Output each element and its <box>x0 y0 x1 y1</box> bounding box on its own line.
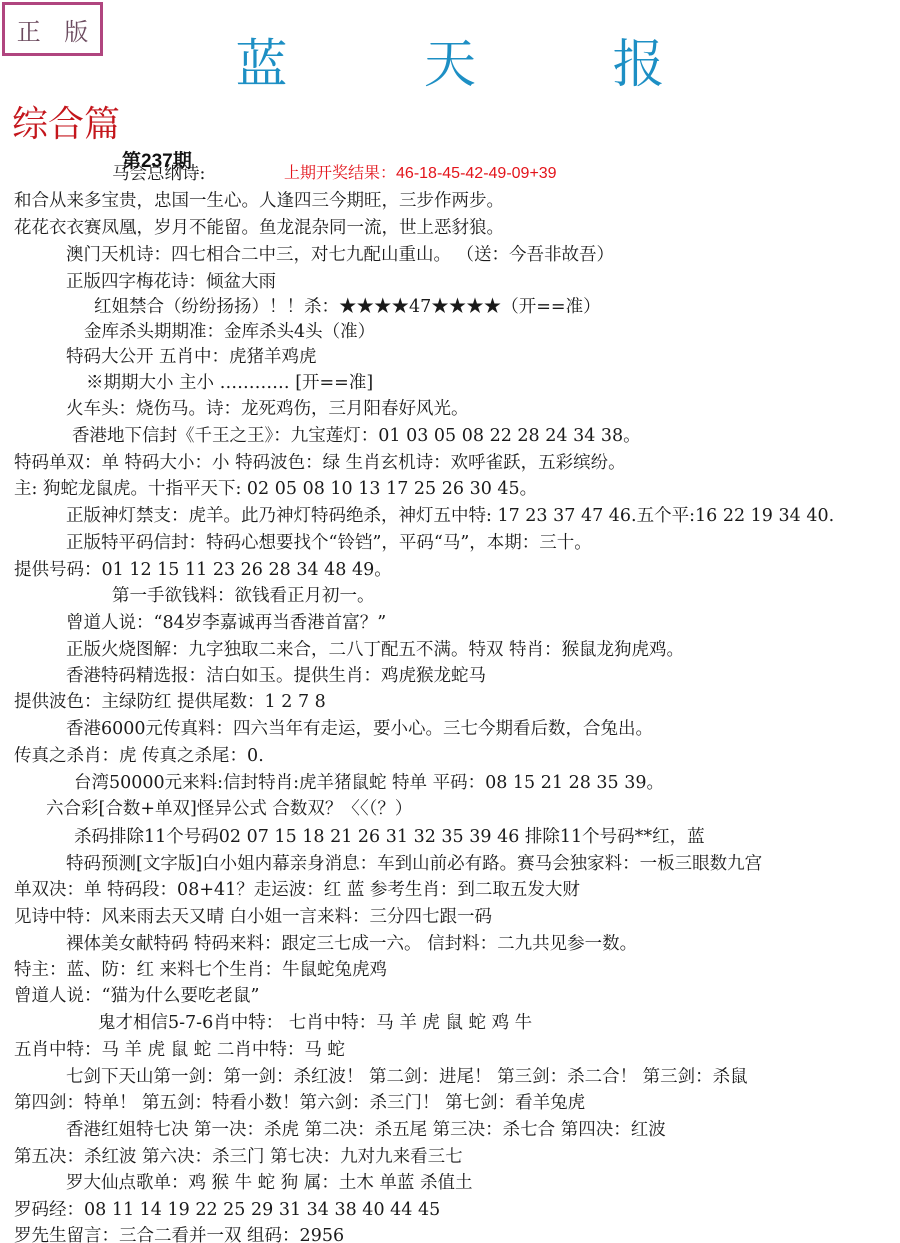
text-line: 曾道人说：“84岁李嘉诚再当香港首富？” <box>66 609 386 634</box>
text-line: 主: 狗蛇龙鼠虎。十指平天下: 02 05 08 10 13 17 25 26 … <box>14 475 537 500</box>
text-line: 第四剑：特单！ 第五剑：特看小数！第六剑：杀三门！ 第七剑：看羊兔虎 <box>14 1089 585 1114</box>
text-line: 特码单双：单 特码大小：小 特码波色：绿 生肖玄机诗：欢呼雀跃，五彩缤纷。 <box>14 449 626 474</box>
text-line: 正版四字梅花诗：倾盆大雨 <box>66 268 276 293</box>
text-line: 见诗中特：风来雨去天又晴 白小姐一言来料：三分四七跟一码 <box>14 903 492 928</box>
newspaper-title: 蓝 天 报 <box>0 22 900 97</box>
text-line: 红姐禁合（纷纷扬扬）！！杀：★★★★47★★★★（开==准） <box>94 293 601 318</box>
text-line: 香港特码精选报：洁白如玉。提供生肖：鸡虎猴龙蛇马 <box>66 662 486 687</box>
text-line: 曾道人说：“猫为什么要吃老鼠” <box>14 982 259 1007</box>
text-line: 传真之杀肖：虎 传真之杀尾：0. <box>14 742 264 767</box>
text-line: 五肖中特：马 羊 虎 鼠 蛇 二肖中特：马 蛇 <box>14 1036 345 1061</box>
text-line: 裸体美女献特码 特码来料：跟定三七成一六。 信封料：二九共见参一数。 <box>66 930 637 955</box>
text-line: 单双决：单 特码段：08+41？走运波：红 蓝 参考生肖：到二取五发大财 <box>14 876 580 901</box>
section-heading: 综合篇 <box>12 96 120 147</box>
last-draw-result: 上期开奖结果：46-18-45-42-49-09+39 <box>284 160 557 183</box>
text-line: 特码预测[文字版]白小姐内幕亲身消息：车到山前必有路。赛马会独家料：一板三眼数九… <box>66 850 762 875</box>
text-line: 花花衣衣赛凤凰，岁月不能留。鱼龙混杂同一流，世上恶豺狼。 <box>14 214 504 239</box>
text-line: 提供号码：01 12 15 11 23 26 28 34 48 49。 <box>14 556 392 581</box>
text-line: ※期期大小 主小 ………… [开==准] <box>86 369 373 394</box>
text-line: 正版特平码信封：特码心想要找个“铃铛”，平码“马”，本期：三十。 <box>66 529 592 554</box>
text-line: 澳门天机诗：四七相合二中三，对七九配山重山。 （送：今吾非故吾） <box>66 241 614 266</box>
text-line: 六合彩[合数+单双]怪异公式 合数双？〈〈（？） <box>46 795 412 820</box>
text-line: 鬼才相信5-7-6肖中特： 七肖中特：马 羊 虎 鼠 蛇 鸡 牛 <box>98 1009 532 1034</box>
text-line: 提供波色：主绿防红 提供尾数：1 2 7 8 <box>14 688 326 713</box>
text-line: 正版神灯禁支：虎羊。此乃神灯特码绝杀，神灯五中特: 17 23 37 47 46… <box>66 502 834 527</box>
text-line: 金库杀头期期准：金库杀头4头（准） <box>84 318 375 343</box>
text-line: 特主：蓝、防：红 来料七个生肖：牛鼠蛇兔虎鸡 <box>14 956 387 981</box>
text-line: 台湾50000元来料:信封特肖:虎羊猪鼠蛇 特单 平码：08 15 21 28 … <box>74 769 664 794</box>
text-line: 和合从来多宝贵，忠国一生心。人逢四三今期旺，三步作两步。 <box>14 187 504 212</box>
last-draw-label: 上期开奖结果： <box>284 165 396 182</box>
text-line: 第五决：杀红波 第六决：杀三门 第七决：九对九来看三七 <box>14 1143 463 1168</box>
text-line: 罗先生留言：三合二看并一双 组码：2956 <box>14 1222 344 1243</box>
text-line: 马会总纲诗: <box>112 160 205 185</box>
text-line: 香港地下信封《千王之王》：九宝莲灯：01 03 05 08 22 28 24 3… <box>72 422 641 447</box>
last-draw-numbers: 46-18-45-42-49-09+39 <box>396 165 557 182</box>
text-line: 香港红姐特七决 第一决：杀虎 第二决：杀五尾 第三决：杀七合 第四决：红波 <box>66 1116 666 1141</box>
text-line: 特码大公开 五肖中：虎猪羊鸡虎 <box>66 343 317 368</box>
text-line: 第一手欲钱料：欲钱看正月初一。 <box>112 582 375 607</box>
text-line: 罗码经：08 11 14 19 22 25 29 31 34 38 40 44 … <box>14 1196 440 1221</box>
text-line: 罗大仙点歌单：鸡 猴 牛 蛇 狗 属：土木 单蓝 杀值土 <box>66 1169 472 1194</box>
text-line: 杀码排除11个号码02 07 15 18 21 26 31 32 35 39 4… <box>74 823 705 848</box>
text-line: 火车头：烧伤马。诗：龙死鸡伤，三月阳春好风光。 <box>66 395 469 420</box>
text-line: 香港6000元传真料：四六当年有走运，要小心。三七今期看后数，合兔出。 <box>66 715 653 740</box>
text-line: 正版火烧图解：九字独取二来合，二八丁配五不满。特双 特肖：猴鼠龙狗虎鸡。 <box>66 636 684 661</box>
text-line: 七剑下天山第一剑：第一剑：杀红波！ 第二剑：进尾！ 第三剑：杀二合！ 第三剑：杀… <box>66 1063 748 1088</box>
